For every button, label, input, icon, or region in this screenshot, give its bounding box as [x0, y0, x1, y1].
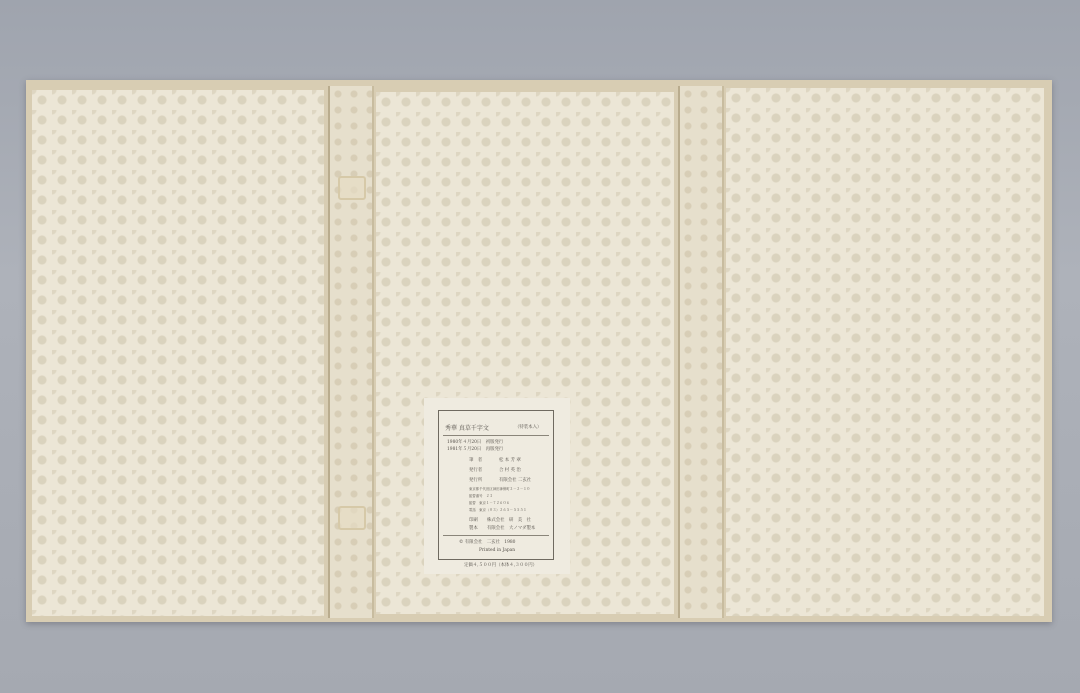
- colophon-label: 秀華 真草千字文 （特装本入） 1980年４月20日 初版発行 1981年５月2…: [424, 398, 570, 574]
- row-value: 東京都千代田区神田神保町２－２－１０: [469, 486, 530, 491]
- row-label: 発行者: [469, 467, 482, 473]
- row-value: 振替 東京１－７２６０６: [469, 500, 510, 505]
- copyright: © 有限会社 二玄社 1980: [459, 539, 515, 545]
- row-label: 製本: [469, 525, 478, 531]
- date-1: 1980年４月20日 初版発行: [447, 439, 503, 445]
- row-value: 有限会社 二玄社: [499, 477, 531, 483]
- row-value: 松 本 芳 翠: [499, 457, 521, 463]
- date-2: 1981年５月20日 再版発行: [447, 446, 503, 452]
- left-spine: [328, 86, 374, 618]
- row-label: 筆 者: [469, 457, 482, 463]
- row-value: 振替番号 ２３: [469, 493, 493, 498]
- right-panel: [726, 88, 1044, 616]
- row-value: 合 村 英 治: [499, 467, 521, 473]
- printed-in: Printed in Japan: [479, 548, 515, 553]
- colophon-edition: （特装本入）: [515, 424, 541, 430]
- row-label: 印刷: [469, 517, 478, 523]
- colophon-title: 秀華 真草千字文: [445, 423, 489, 432]
- top-clasp: [338, 176, 366, 200]
- left-panel: [32, 90, 324, 616]
- row-label: 発行所: [469, 477, 482, 483]
- right-spine: [678, 86, 724, 618]
- row-value: 有限会社 大ノマダ製本: [487, 525, 535, 531]
- row-value: 株式会社 研 美 社: [487, 517, 531, 523]
- price: 定価４,５００円（本体４,３００円）: [464, 562, 537, 568]
- row-value: 電話 東京（０３）２６５－５５５１: [469, 507, 527, 512]
- colophon-frame: 秀華 真草千字文 （特装本入） 1980年４月20日 初版発行 1981年５月2…: [438, 410, 554, 560]
- bottom-clasp: [338, 506, 366, 530]
